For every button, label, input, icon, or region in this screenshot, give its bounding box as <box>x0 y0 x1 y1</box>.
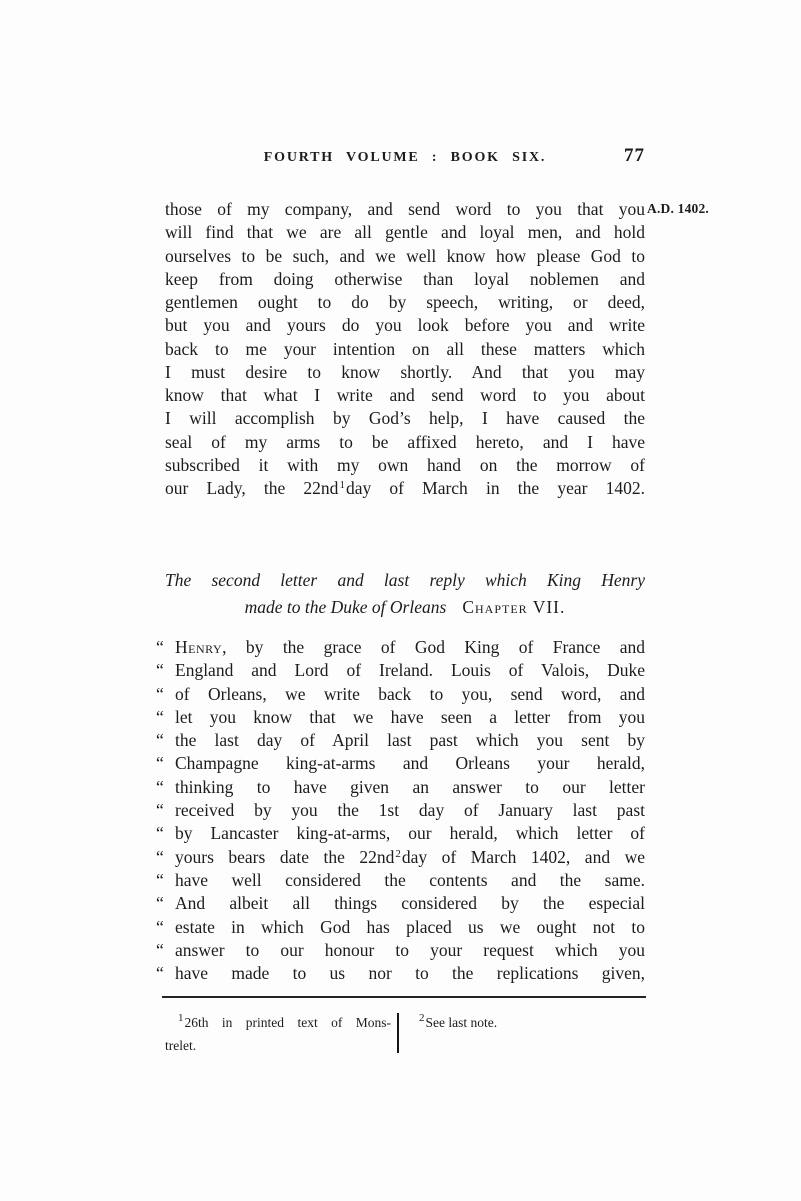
quote-mark: “ <box>156 683 175 706</box>
text-line: I will accomplish by God’s help, I have … <box>165 407 645 430</box>
footnote-ref-1: 1 <box>339 479 345 491</box>
letter-line: “thinking to have given an answer to our… <box>156 776 645 799</box>
letter-line: “of Orleans, we write back to you, send … <box>156 683 645 706</box>
footnote-2-marker: 2 <box>419 1012 425 1024</box>
letter-line: “let you know that we have seen a letter… <box>156 706 645 729</box>
footnote-1-marker: 1 <box>178 1012 184 1024</box>
footnote-2: 2See last note. <box>418 1011 497 1034</box>
page-number: 77 <box>624 145 645 167</box>
page-header: FOURTH VOLUME : BOOK SIX. 77 <box>165 149 645 167</box>
chapter-label: Chapter VII. <box>462 597 565 617</box>
letter-line: “estate in which God has placed us we ou… <box>156 916 645 939</box>
quote-mark: “ <box>156 846 175 869</box>
text-line: back to me your intention on all these m… <box>165 338 645 361</box>
text-line: know that what I write and send word to … <box>165 384 645 407</box>
text-line: those of my company, and send word to yo… <box>165 198 645 221</box>
quote-mark: “ <box>156 892 175 915</box>
footnote-ref-2: 2 <box>395 848 401 860</box>
footnote-1: 126th in printed text of Mons- trelet. <box>165 1011 391 1057</box>
body-paragraph: those of my company, and send word to yo… <box>165 198 645 500</box>
quote-mark: “ <box>156 939 175 962</box>
letter-line: “England and Lord of Ireland. Louis of V… <box>156 659 645 682</box>
margin-date-note: A.D. 1402. <box>647 201 709 217</box>
text-line: our Lady, the 22nd1day of March in the y… <box>165 477 645 500</box>
letter-line: “Henry, by the grace of God King of Fran… <box>156 636 645 659</box>
quote-mark: “ <box>156 636 175 659</box>
small-caps-name: Henry <box>175 637 222 657</box>
quote-mark: “ <box>156 962 175 985</box>
letter-line: “yours bears date the 22nd2day of March … <box>156 846 645 869</box>
quote-mark: “ <box>156 659 175 682</box>
heading-line: The second letter and last reply which K… <box>165 567 645 594</box>
quote-mark: “ <box>156 869 175 892</box>
quoted-letter: “Henry, by the grace of God King of Fran… <box>156 636 645 985</box>
letter-line: “have well considered the contents and t… <box>156 869 645 892</box>
quote-mark: “ <box>156 729 175 752</box>
letter-line: “by Lancaster king-at-arms, our herald, … <box>156 822 645 845</box>
text-line: ourselves to be such, and we well know h… <box>165 245 645 268</box>
book-page: FOURTH VOLUME : BOOK SIX. 77 A.D. 1402. … <box>0 0 801 1201</box>
text-line: keep from doing otherwise than loyal nob… <box>165 268 645 291</box>
letter-line: “received by you the 1st day of January … <box>156 799 645 822</box>
quote-mark: “ <box>156 822 175 845</box>
letter-line: “Champagne king-at-arms and Orleans your… <box>156 752 645 775</box>
heading-line: made to the Duke of OrleansChapter VII. <box>165 594 645 621</box>
letter-line: “the last day of April last past which y… <box>156 729 645 752</box>
quote-mark: “ <box>156 776 175 799</box>
text-line: I must desire to know shortly. And that … <box>165 361 645 384</box>
running-title: FOURTH VOLUME : BOOK SIX. <box>165 149 645 167</box>
quote-mark: “ <box>156 799 175 822</box>
quote-mark: “ <box>156 706 175 729</box>
text-line: will find that we are all gentle and loy… <box>165 221 645 244</box>
letter-line: “answer to our honour to your request wh… <box>156 939 645 962</box>
text-line: but you and yours do you look before you… <box>165 314 645 337</box>
quote-mark: “ <box>156 752 175 775</box>
text-line: gentlemen ought to do by speech, writing… <box>165 291 645 314</box>
text-line: seal of my arms to be affixed hereto, an… <box>165 431 645 454</box>
footnote-rule <box>162 996 646 998</box>
letter-line: “have made to us nor to the replications… <box>156 962 645 985</box>
quote-mark: “ <box>156 916 175 939</box>
letter-line: “And albeit all things considered by the… <box>156 892 645 915</box>
footnote-divider <box>397 1013 399 1053</box>
text-line: subscribed it with my own hand on the mo… <box>165 454 645 477</box>
section-heading: The second letter and last reply which K… <box>165 567 645 621</box>
